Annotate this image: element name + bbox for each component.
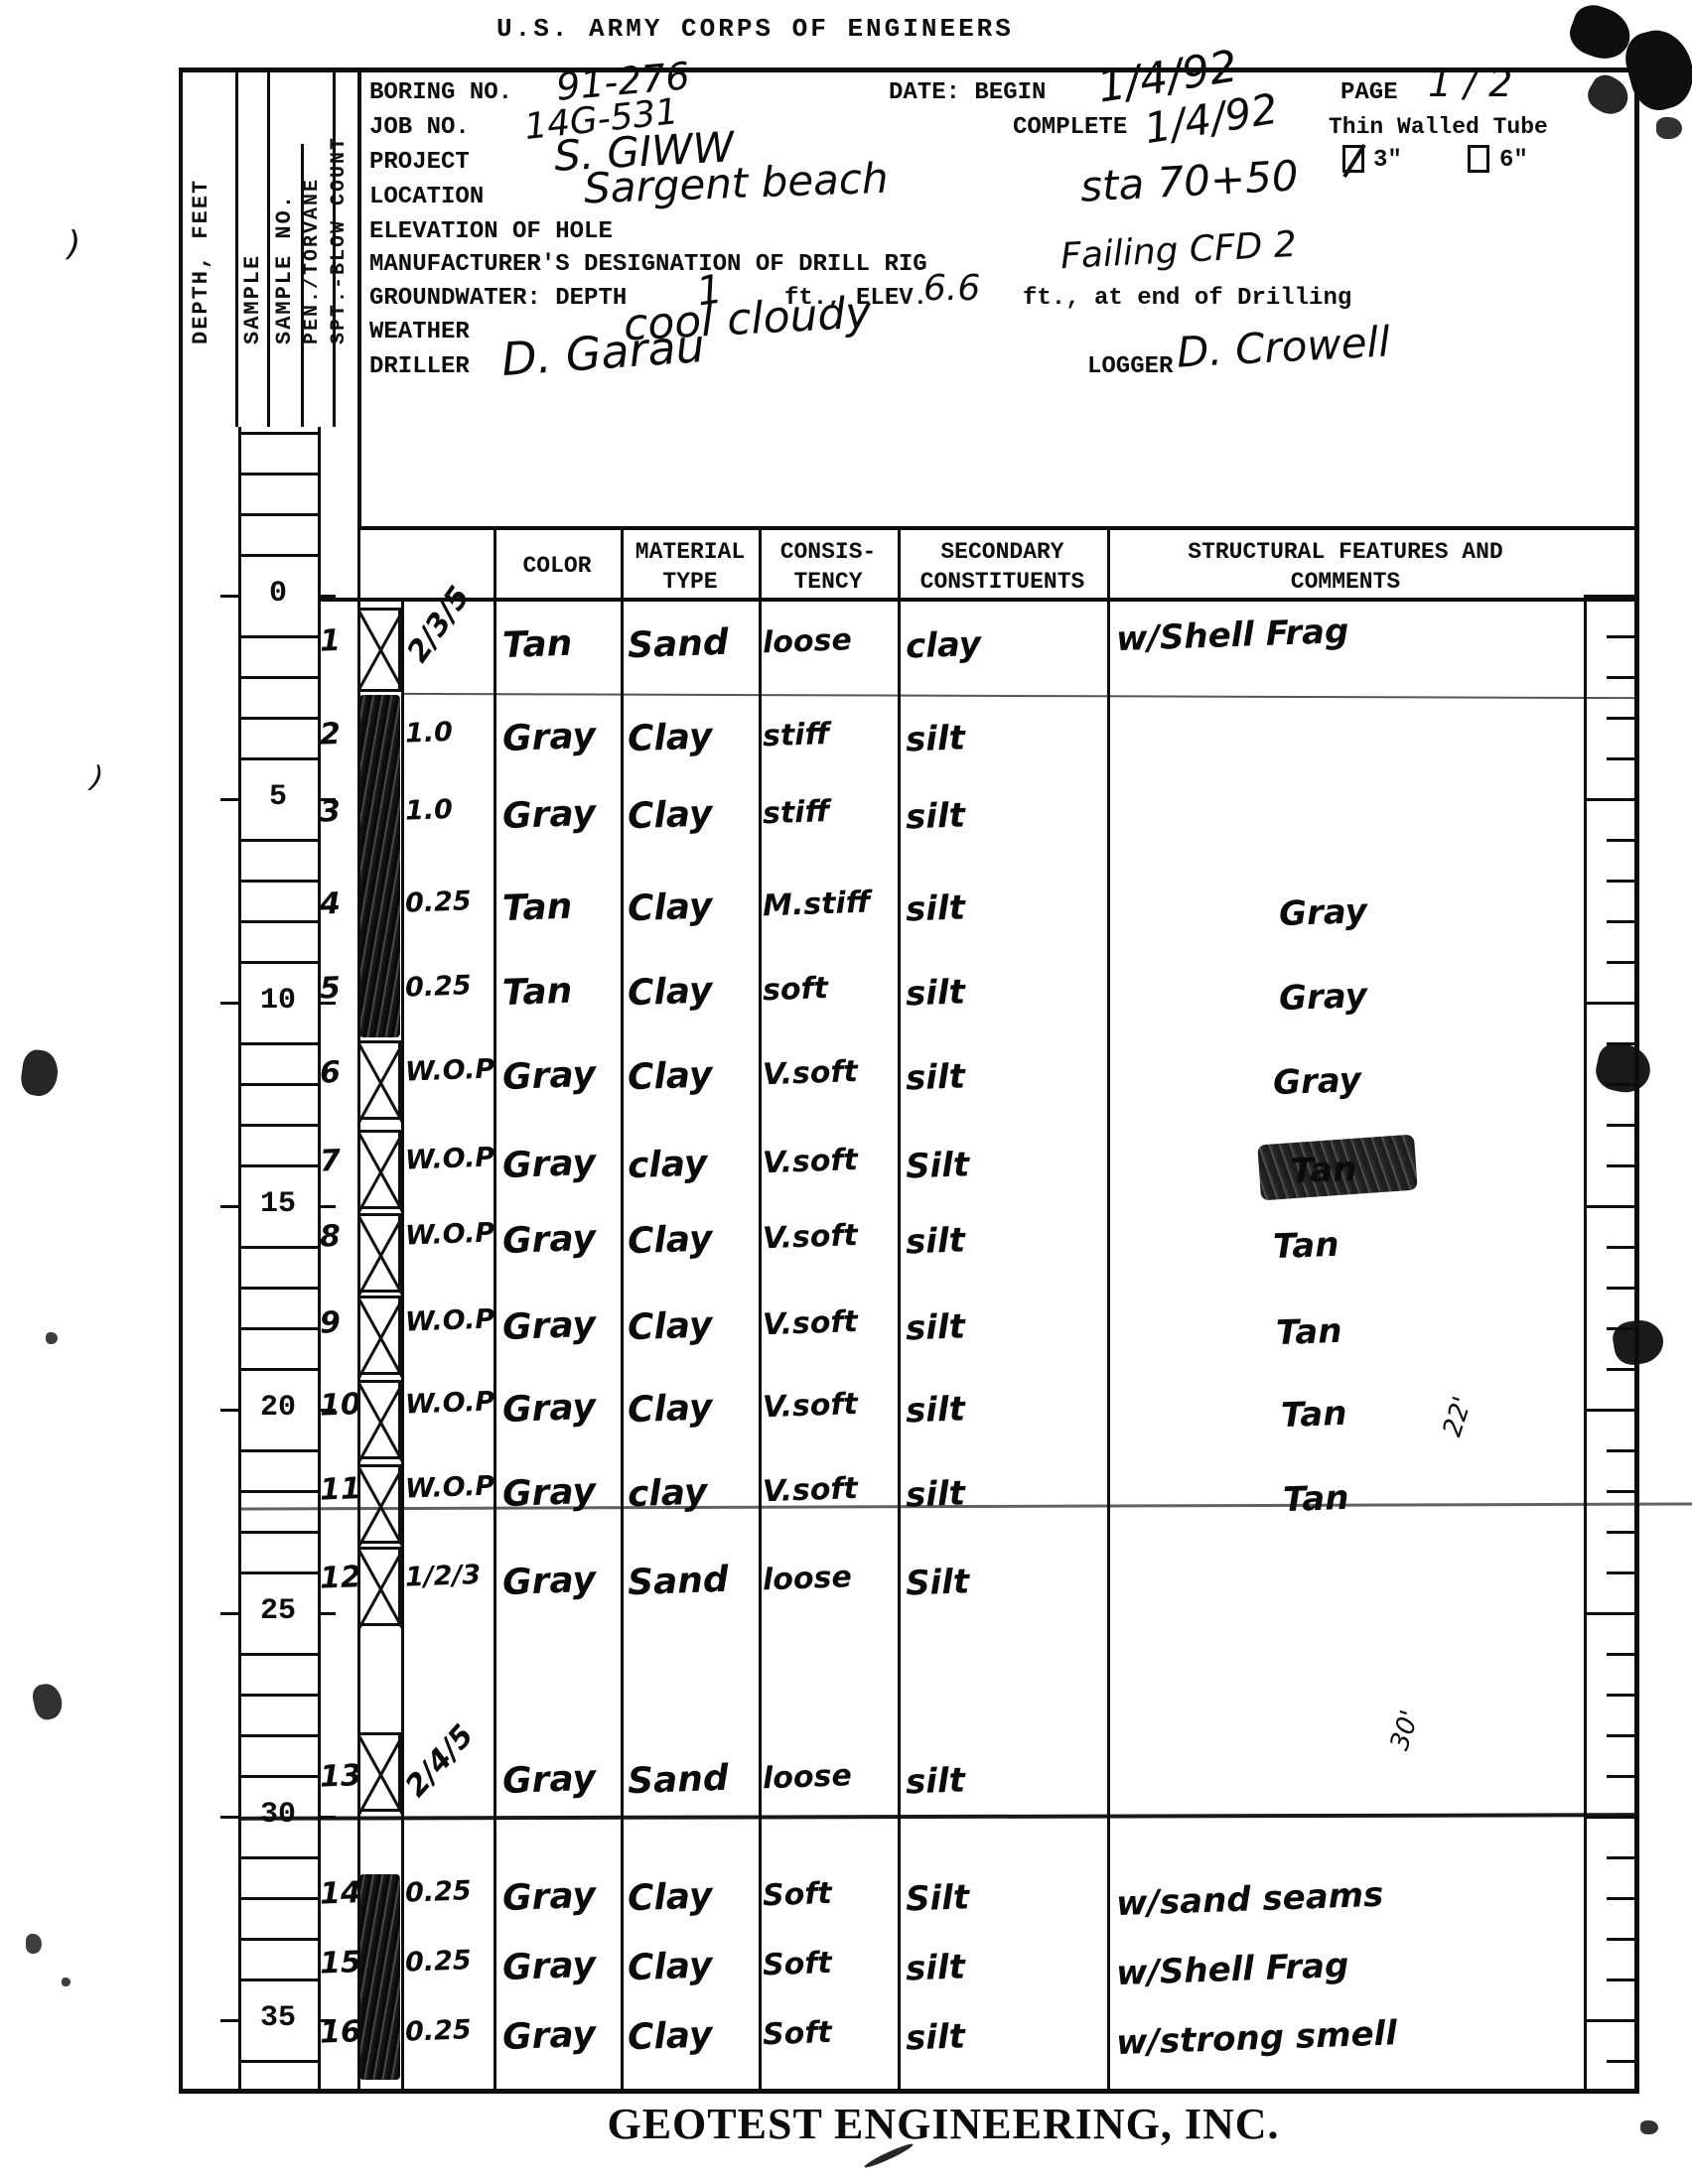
scan-noise xyxy=(19,1048,61,1099)
cell-color: Gray xyxy=(501,1303,622,1348)
depth-cell-line xyxy=(238,757,318,760)
cell-pen: W.O.P xyxy=(404,1217,496,1251)
depth-cell-line xyxy=(238,920,318,923)
cell-secondary: silt xyxy=(905,1943,1104,1989)
depth-cell-line xyxy=(238,1164,318,1167)
right-ruler-tick xyxy=(1607,1897,1638,1900)
depth-tick xyxy=(220,1409,238,1412)
cell-consistency: V.soft xyxy=(762,1470,896,1510)
sample-x-mark xyxy=(357,1380,401,1459)
label-sample: SAMPLE xyxy=(240,84,265,344)
cell-material: Clay xyxy=(627,1217,759,1263)
grid-line xyxy=(267,68,270,427)
cell-pen: 2/4/5 xyxy=(399,1733,468,1804)
cell-material: clay xyxy=(627,1470,759,1516)
depth-cell-line xyxy=(238,473,318,476)
grid-line xyxy=(235,68,238,427)
date-begin-label: DATE: BEGIN xyxy=(889,79,1046,106)
sample-x-mark xyxy=(357,1040,401,1120)
depth-label: 10 xyxy=(238,984,318,1018)
grid-line xyxy=(301,144,304,427)
sample-x-mark xyxy=(357,1296,401,1375)
cell-comments: w/Shell Frag xyxy=(1115,604,1579,659)
logger-value: D. Crowell xyxy=(1176,317,1391,376)
right-ruler-tick xyxy=(1607,2060,1638,2063)
right-ruler-tick xyxy=(1607,1775,1638,1778)
cell-comments: Gray xyxy=(1278,879,1692,934)
depth-cell-line xyxy=(238,717,318,720)
right-ruler-tick xyxy=(1607,1734,1638,1737)
cell-material: Sand xyxy=(627,1757,759,1803)
cell-pen: 1.0 xyxy=(404,715,496,749)
depth-cell-line xyxy=(238,1897,318,1900)
cell-material: Clay xyxy=(627,715,759,760)
form-border-top xyxy=(179,68,1638,72)
grid-line xyxy=(1584,598,1587,2093)
cell-pen: 2/3/5 xyxy=(400,597,465,669)
project-label: PROJECT xyxy=(369,149,470,176)
cell-material: Clay xyxy=(627,1303,759,1349)
scan-noise xyxy=(1656,117,1682,139)
sample-number: 16 xyxy=(319,2014,357,2050)
cell-pen: 1.0 xyxy=(404,792,496,826)
tube-sample-shading xyxy=(359,695,400,1037)
cell-secondary: silt xyxy=(905,968,1104,1015)
cell-color: Gray xyxy=(501,2013,622,2058)
cell-pen: W.O.P xyxy=(404,1386,496,1420)
right-ruler-tick xyxy=(1607,1124,1638,1127)
smudge-line xyxy=(238,1813,1638,1821)
tube-6-checkbox xyxy=(1468,145,1489,173)
right-ruler-tick xyxy=(1607,1938,1638,1941)
depth-label: 30 xyxy=(238,1798,318,1832)
grid-line xyxy=(318,427,321,2093)
sample-number: 13 xyxy=(319,1758,357,1794)
depth-tick xyxy=(318,1205,336,1208)
driller-value: D. Garau xyxy=(499,319,706,386)
cell-secondary: silt xyxy=(905,791,1104,838)
cell-pen: 1/2/3 xyxy=(404,1559,496,1592)
cell-material: Sand xyxy=(627,1559,759,1604)
depth-cell-line xyxy=(238,1775,318,1778)
cell-pen: W.O.P xyxy=(404,1142,496,1175)
groundwater-label: GROUNDWATER: DEPTH xyxy=(369,285,627,312)
depth-cell-line xyxy=(238,880,318,883)
cell-pen: 0.25 xyxy=(404,885,496,918)
sample-number: 8 xyxy=(319,1218,357,1254)
cell-color: Gray xyxy=(501,792,622,837)
depth-cell-line xyxy=(238,1694,318,1697)
sample-x-mark xyxy=(357,608,401,692)
right-ruler-tick xyxy=(1584,1816,1638,1819)
right-ruler-tick xyxy=(1607,1287,1638,1290)
right-ruler-tick xyxy=(1607,1531,1638,1534)
depth-cell-line xyxy=(238,1083,318,1086)
cell-color: Tan xyxy=(501,969,622,1014)
right-ruler-tick xyxy=(1607,1571,1638,1574)
depth-label: 35 xyxy=(238,2001,318,2035)
right-ruler-tick xyxy=(1607,839,1638,842)
cell-color: Gray xyxy=(501,1142,622,1186)
sample-x-mark xyxy=(357,1732,401,1812)
cell-secondary: clay xyxy=(905,620,1104,667)
cell-consistency: Soft xyxy=(762,2013,896,2053)
depth-label: 25 xyxy=(238,1594,318,1628)
sample-number: 2 xyxy=(319,716,357,751)
label-depth-feet: DEPTH, FEET xyxy=(189,84,213,344)
cell-pen: W.O.P xyxy=(404,1053,496,1087)
cell-color: Gray xyxy=(501,1470,622,1515)
depth-cell-line xyxy=(238,1490,318,1493)
sample-number: 15 xyxy=(319,1945,357,1980)
depth-cell-line xyxy=(238,1856,318,1859)
grid-line xyxy=(1107,526,1110,2093)
cell-consistency: V.soft xyxy=(762,1142,896,1181)
cell-color: Gray xyxy=(501,1386,622,1431)
col-header-color: COLOR xyxy=(493,552,621,582)
depth-cell-line xyxy=(238,635,318,638)
grid-line xyxy=(318,598,1638,602)
depth-cell-line xyxy=(238,1653,318,1656)
depth-label: 15 xyxy=(238,1187,318,1221)
sample-number: 14 xyxy=(319,1875,357,1911)
depth-tick xyxy=(220,1612,238,1615)
cell-comments: Tan xyxy=(1280,1380,1692,1435)
sample-x-mark xyxy=(357,1547,401,1626)
cell-secondary: Silt xyxy=(905,1141,1104,1187)
depth-cell-line xyxy=(238,1938,318,1941)
cell-material: Clay xyxy=(627,885,759,930)
sample-number: 7 xyxy=(319,1143,357,1178)
cell-material: Clay xyxy=(627,1386,759,1432)
complete-label: COMPLETE xyxy=(1013,114,1127,141)
cell-consistency: Soft xyxy=(762,1944,896,1983)
depth-cell-line xyxy=(238,1124,318,1127)
driller-label: DRILLER xyxy=(369,353,470,380)
grid-line xyxy=(401,598,404,2093)
cell-secondary: silt xyxy=(905,1302,1104,1349)
sample-number: 4 xyxy=(319,886,357,921)
sample-number: 6 xyxy=(319,1054,357,1090)
cell-secondary: silt xyxy=(905,884,1104,930)
cell-material: Clay xyxy=(627,2013,759,2059)
depth-cell-line xyxy=(238,1734,318,1737)
cell-consistency: Soft xyxy=(762,1874,896,1914)
cell-consistency: loose xyxy=(762,621,896,661)
right-ruler-tick xyxy=(1607,1653,1638,1656)
cell-pen: 0.25 xyxy=(404,969,496,1003)
cell-secondary: silt xyxy=(905,1052,1104,1099)
depth-label: 5 xyxy=(238,780,318,814)
depth-tick xyxy=(318,1612,336,1615)
sample-number: 10 xyxy=(319,1387,357,1423)
form-border-left xyxy=(179,68,183,2094)
right-ruler-tick xyxy=(1607,757,1638,760)
right-ruler-tick xyxy=(1607,676,1638,679)
cell-pen: 0.25 xyxy=(404,1874,496,1908)
location-station-value: sta 70+50 xyxy=(1079,151,1300,210)
right-ruler-tick xyxy=(1584,595,1638,598)
scan-noise xyxy=(26,1934,42,1954)
sample-x-mark xyxy=(357,1130,401,1209)
cell-color: Tan xyxy=(501,885,622,929)
cell-consistency: V.soft xyxy=(762,1303,896,1343)
depth-cell-line xyxy=(238,1979,318,1981)
depth-cell-line xyxy=(238,1042,318,1045)
depth-cell-line xyxy=(238,554,318,557)
cell-pen: 0.25 xyxy=(404,1944,496,1978)
cell-color: Gray xyxy=(501,1874,622,1919)
right-ruler-tick xyxy=(1607,1449,1638,1452)
gw-elev-value: 6.6 xyxy=(923,268,980,309)
sample-number: 11 xyxy=(319,1471,357,1507)
cell-color: Gray xyxy=(501,1217,622,1262)
depth-cell-line xyxy=(238,961,318,964)
smudge-line xyxy=(401,693,1638,699)
right-ruler-tick xyxy=(1607,1979,1638,1981)
right-ruler-tick xyxy=(1607,717,1638,720)
cell-comments: Gray xyxy=(1272,1047,1692,1103)
form-border-bottom xyxy=(179,2089,1639,2094)
elevation-label: ELEVATION OF HOLE xyxy=(369,218,613,245)
depth-cell-line xyxy=(238,676,318,679)
depth-cell-line xyxy=(238,2060,318,2063)
scan-noise xyxy=(31,1681,66,1721)
depth-cell-line xyxy=(238,1287,318,1290)
tube-sample-shading xyxy=(359,1874,400,2080)
right-ruler-tick xyxy=(1584,1205,1638,1208)
tube-label: Thin Walled Tube xyxy=(1329,114,1548,140)
cell-consistency: V.soft xyxy=(762,1053,896,1093)
rig-value: Failing CFD 2 xyxy=(1059,224,1298,277)
sample-number: 12 xyxy=(319,1560,357,1595)
depth-tick xyxy=(220,1002,238,1005)
cell-secondary: silt xyxy=(905,2012,1104,2059)
boring-no-label: BORING NO. xyxy=(369,79,512,106)
sample-number: 1 xyxy=(319,622,357,658)
scan-noise xyxy=(1640,2120,1658,2134)
right-ruler-tick xyxy=(1607,635,1638,638)
cell-material: Clay xyxy=(627,1874,759,1920)
checkmark-icon xyxy=(1342,144,1366,178)
cell-comments: w/strong smell xyxy=(1115,2007,1579,2063)
cell-color: Gray xyxy=(501,1053,622,1098)
depth-cell-line xyxy=(238,1571,318,1574)
cell-secondary: silt xyxy=(905,714,1104,760)
depth-cell-line xyxy=(238,1449,318,1452)
cell-consistency: M.stiff xyxy=(762,885,896,924)
scan-noise xyxy=(1583,69,1635,120)
depth-cell-line xyxy=(238,839,318,842)
weather-label: WEATHER xyxy=(369,319,470,345)
cell-color: Gray xyxy=(501,1944,622,1988)
cell-material: Clay xyxy=(627,969,759,1015)
cell-pen: 0.25 xyxy=(404,2013,496,2047)
grid-line xyxy=(898,526,901,2093)
depth-label: 20 xyxy=(238,1391,318,1425)
cell-secondary: silt xyxy=(905,1385,1104,1432)
location-label: LOCATION xyxy=(369,184,484,210)
cell-material: Clay xyxy=(627,1053,759,1099)
cell-material: Clay xyxy=(627,1944,759,1989)
cell-comments: w/sand seams xyxy=(1115,1868,1579,1924)
depth-tick xyxy=(220,1816,238,1819)
scan-noise xyxy=(62,1978,70,1986)
cell-consistency: soft xyxy=(762,969,896,1009)
depth-label: 0 xyxy=(238,577,318,611)
cell-color: Gray xyxy=(501,715,622,759)
right-ruler-tick xyxy=(1584,2019,1638,2022)
cell-consistency: loose xyxy=(762,1757,896,1797)
col-header-structural: STRUCTURAL FEATURES AND COMMENTS xyxy=(1137,538,1554,598)
rig-label: MANUFACTURER'S DESIGNATION OF DRILL RIG xyxy=(369,251,927,278)
col-header-material: MATERIAL TYPE xyxy=(623,538,758,598)
cell-material: Sand xyxy=(627,621,759,667)
cell-consistency: stiff xyxy=(762,715,896,754)
sample-number: 5 xyxy=(319,970,357,1006)
cell-comments: Tan xyxy=(1272,1211,1692,1267)
margin-note: 30' xyxy=(1385,1706,1426,1754)
depth-tick xyxy=(220,798,238,801)
sample-number: 9 xyxy=(319,1304,357,1340)
page-label: PAGE xyxy=(1340,79,1398,106)
right-ruler-tick xyxy=(1607,1856,1638,1859)
depth-tick xyxy=(318,1816,336,1819)
right-ruler-tick xyxy=(1584,1612,1638,1615)
boring-log-scan: U.S. ARMY CORPS OF ENGINEERS DEPTH, FEET… xyxy=(0,0,1692,2184)
depth-cell-line xyxy=(238,1368,318,1371)
cell-comments: Gray xyxy=(1278,963,1692,1019)
footer-company: GEOTEST ENGINEERING, INC. xyxy=(596,2099,1291,2149)
col-header-secondary: SECONDARY CONSTITUENTS xyxy=(898,538,1107,598)
right-ruler-tick xyxy=(1584,798,1638,801)
label-spt-blow: SPT.-BLOW COUNT xyxy=(328,60,351,344)
scan-noise-glyph: ) xyxy=(68,224,80,264)
grid-line xyxy=(357,526,1638,530)
depth-cell-line xyxy=(238,513,318,516)
tube-3-checkbox xyxy=(1342,145,1364,173)
depth-cell-line xyxy=(238,1246,318,1249)
cell-color: Tan xyxy=(501,621,622,666)
cell-secondary: silt xyxy=(905,1469,1104,1516)
cell-consistency: V.soft xyxy=(762,1217,896,1257)
col-header-consistency: CONSIS- TENCY xyxy=(761,538,896,598)
depth-tick xyxy=(318,595,336,598)
cell-comments: w/Shell Frag xyxy=(1115,1938,1579,1993)
sample-x-mark xyxy=(357,1213,401,1293)
depth-cell-line xyxy=(238,432,318,435)
sample-x-mark xyxy=(357,1464,401,1544)
cell-pen: W.O.P xyxy=(404,1470,496,1504)
label-pen-torvane: PEN./TORVANE xyxy=(301,84,324,344)
scan-noise-glyph: ) xyxy=(89,759,105,795)
right-ruler-tick xyxy=(1607,1042,1638,1045)
depth-tick xyxy=(220,2019,238,2022)
cell-color: Gray xyxy=(501,1559,622,1603)
cell-secondary: silt xyxy=(905,1756,1104,1803)
depth-tick xyxy=(220,1205,238,1208)
grid-line xyxy=(333,68,336,427)
depth-cell-line xyxy=(238,1531,318,1534)
cell-secondary: Silt xyxy=(905,1873,1104,1920)
scan-noise xyxy=(46,1332,58,1344)
right-ruler-tick xyxy=(1607,1368,1638,1371)
label-sample-no: SAMPLE NO. xyxy=(272,84,297,344)
depth-tick xyxy=(220,595,238,598)
gw-end-label: ft., at end of Drilling xyxy=(1023,285,1351,312)
cell-consistency: loose xyxy=(762,1559,896,1598)
tube-6-label: 6" xyxy=(1499,147,1528,174)
cell-secondary: silt xyxy=(905,1216,1104,1263)
tube-3-label: 3" xyxy=(1373,147,1402,174)
right-ruler-tick xyxy=(1607,961,1638,964)
depth-cell-line xyxy=(238,1327,318,1330)
right-ruler-tick xyxy=(1607,1694,1638,1697)
cell-secondary: Silt xyxy=(905,1558,1104,1604)
location-value: Sargent beach xyxy=(583,154,889,213)
cell-comments: Tan xyxy=(1282,1464,1692,1520)
cell-consistency: V.soft xyxy=(762,1386,896,1426)
logger-label: LOGGER xyxy=(1087,353,1173,380)
cell-consistency: stiff xyxy=(762,792,896,832)
cell-pen: W.O.P xyxy=(404,1303,496,1337)
job-no-label: JOB NO. xyxy=(369,114,470,141)
cell-color: Gray xyxy=(501,1757,622,1802)
page-title: U.S. ARMY CORPS OF ENGINEERS xyxy=(496,14,973,44)
grid-line xyxy=(357,68,361,530)
cell-material: Clay xyxy=(627,792,759,838)
sample-number: 3 xyxy=(319,793,357,829)
cell-material: clay xyxy=(627,1142,759,1187)
